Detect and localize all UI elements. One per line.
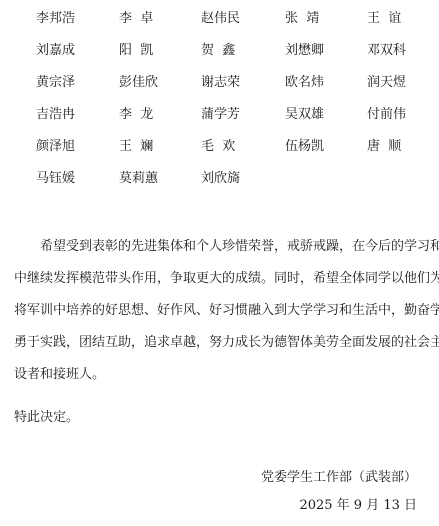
honoree-name: 蒲学芳 <box>201 106 240 124</box>
honoree-name: 李邦浩 <box>36 10 75 28</box>
honoree-name: 吉浩冉 <box>36 106 75 124</box>
honoree-name: 邓双科 <box>367 42 406 60</box>
signature-date: 2025 年 9 月 13 日 <box>299 496 417 516</box>
honoree-name: 张 靖 <box>285 10 319 28</box>
closing-statement: 特此决定。 <box>14 408 79 428</box>
paragraph-line: 希望受到表彰的先进集体和个人珍惜荣誉，戒骄戒躁，在今后的学习和工作 <box>14 231 422 263</box>
honoree-name: 黄宗泽 <box>36 74 75 92</box>
honoree-name: 阳 凯 <box>119 42 153 60</box>
paragraph-line: 将军训中培养的好思想、好作风、好习惯融入到大学学习和生活中，勤奋学习， <box>14 295 422 327</box>
encouragement-paragraph: 希望受到表彰的先进集体和个人珍惜荣誉，戒骄戒躁，在今后的学习和工作 中继续发挥模… <box>14 231 422 391</box>
paragraph-line: 设者和接班人。 <box>14 359 422 391</box>
honoree-name: 吴双雄 <box>285 106 324 124</box>
honoree-name: 润天煜 <box>367 74 406 92</box>
honoree-name: 李 卓 <box>119 10 153 28</box>
honoree-name: 伍杨凯 <box>285 138 324 156</box>
honoree-name: 马钰媛 <box>36 170 75 188</box>
honoree-name: 王 谊 <box>367 10 401 28</box>
honoree-name: 刘欣旖 <box>201 170 240 188</box>
honoree-name: 毛 欢 <box>201 138 235 156</box>
honoree-name: 李 龙 <box>119 106 153 124</box>
honoree-name: 赵伟民 <box>201 10 240 28</box>
honoree-name: 唐 顺 <box>367 138 401 156</box>
honoree-name: 王 斓 <box>119 138 153 156</box>
honoree-name: 贺 鑫 <box>201 42 235 60</box>
signature-organization: 党委学生工作部（武装部） <box>261 468 417 488</box>
honoree-name: 颜泽旭 <box>36 138 75 156</box>
honoree-name: 谢志荣 <box>201 74 240 92</box>
honoree-name: 付前伟 <box>367 106 406 124</box>
honoree-name: 莫莉蕙 <box>119 170 158 188</box>
honoree-name: 欧名炜 <box>285 74 324 92</box>
paragraph-line: 中继续发挥模范带头作用，争取更大的成绩。同时，希望全体同学以他们为榜样， <box>14 263 422 295</box>
honoree-name: 彭佳欣 <box>119 74 158 92</box>
honoree-name: 刘懋卿 <box>285 42 324 60</box>
honoree-name: 刘嘉成 <box>36 42 75 60</box>
paragraph-line: 勇于实践，团结互助，追求卓越，努力成长为德智体美劳全面发展的社会主义建 <box>14 327 422 359</box>
